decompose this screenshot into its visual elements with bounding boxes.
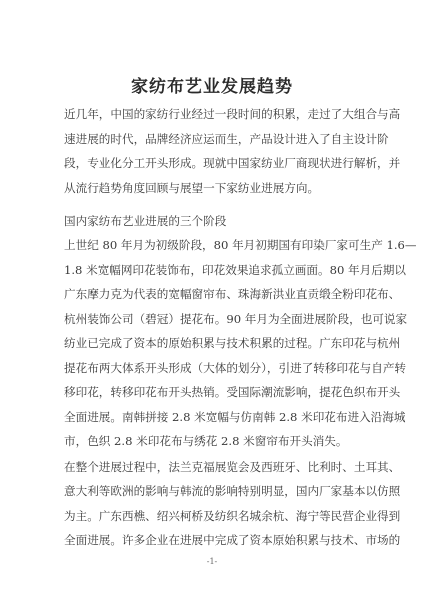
text-line: 广东摩力克为代表的宽幅窗帘布、珠海新洪业直贡缎全粉印花布、: [64, 287, 364, 301]
text-line: 纺业已完成了资本的原始积累与技术积累的过程。广东印花与杭州: [64, 336, 364, 350]
text-line: 在整个进展过程中，法兰克福展览会及西班牙、比利时、土耳其、: [64, 460, 364, 474]
text-line: 意大利等欧洲的影响与韩流的影响特别明显，国内厂家基本以仿照: [64, 484, 364, 498]
text-line: 全面进展。许多企业在进展中完成了资本原始积累与技术、市场的: [64, 533, 364, 547]
text-line: 为主。广东西樵、绍兴柯桥及纺织名城余杭、海宁等民营企业得到: [64, 509, 364, 523]
text-line: 1.8 米宽幅网印花装饰布，印花效果追求孤立画面。80 年月后期以: [64, 263, 364, 277]
text-line: 上世纪 80 年月为初级阶段，80 年月初期国有印染厂家可生产 1.6—: [64, 238, 364, 252]
text-line: 提花布两大体系开头形成（大体的划分），引进了转移印花与自产转: [64, 361, 364, 375]
document-title: 家纺布艺业发展趋势: [0, 72, 424, 97]
text-line: 近几年，中国的家纺行业经过一段时间的积累，走过了大组合与高: [64, 107, 364, 121]
section-heading: 国内家纺布艺业进展的三个阶段: [64, 214, 226, 228]
text-line: 杭州装饰公司（碧冠）提花布。90 年月为全面进展阶段，也可说家: [64, 312, 364, 326]
text-line: 市，色织 2.8 米印花布与绣花 2.8 米窗帘布开头消失。: [64, 434, 364, 448]
text-line: 全面进展。南韩拼接 2.8 米宽幅与仿南韩 2.8 米印花布进入沿海城: [64, 410, 364, 424]
text-line: 速进展的时代，品牌经济应运而生，产品设计进入了自主设计阶: [64, 132, 364, 146]
text-line: 移印花，转移印花布开头热销。受国际潮流影响，提花色织布开头: [64, 385, 364, 399]
page-number: -1-: [0, 557, 424, 566]
text-line: 段，专业化分工开头形成。现就中国家纺业厂商现状进行解析，并: [64, 156, 364, 170]
text-line: 从流行趋势角度回顾与展望一下家纺业进展方向。: [64, 181, 364, 195]
